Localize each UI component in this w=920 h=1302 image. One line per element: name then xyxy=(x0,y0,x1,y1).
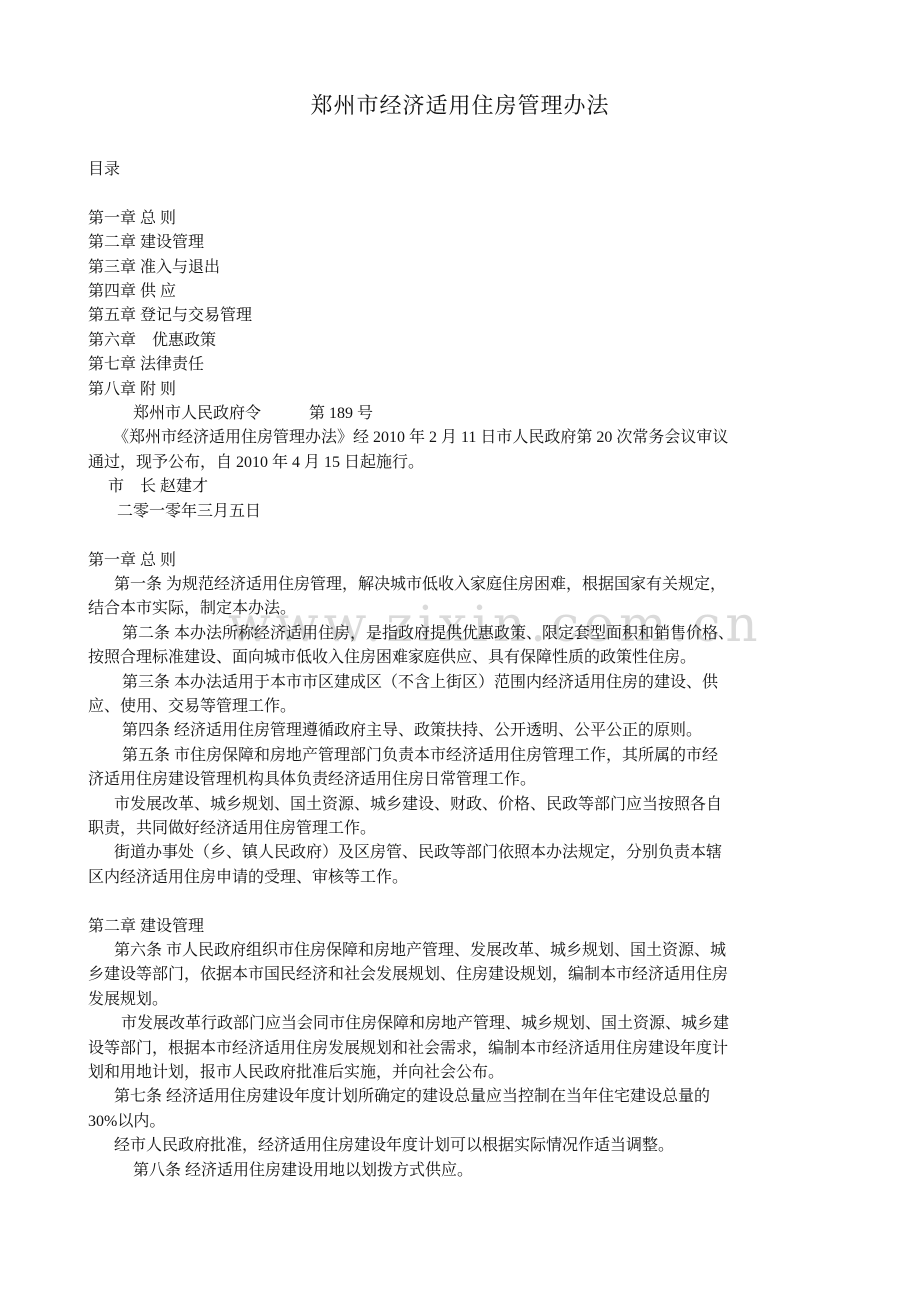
doc-line-body: 经市人民政府批准，经济适用住房建设年度计划可以根据实际情况作适当调整。 xyxy=(88,1134,832,1158)
doc-line-body: 第二条 本办法所称经济适用住房，是指政府提供优惠政策、限定套型面积和销售价格、 xyxy=(88,622,832,646)
doc-line-body: 济适用住房建设管理机构具体负责经济适用住房日常管理工作。 xyxy=(88,768,832,792)
document-title: 郑州市经济适用住房管理办法 xyxy=(88,0,832,124)
doc-line-toc-item: 第四章 供 应 xyxy=(88,280,832,304)
doc-line-blank xyxy=(88,524,832,548)
doc-line-toc-item: 第八章 附 则 xyxy=(88,378,832,402)
doc-line-body: 第一条 为规范经济适用住房管理，解决城市低收入家庭住房困难，根据国家有关规定， xyxy=(88,573,832,597)
doc-line-body: 第八条 经济适用住房建设用地以划拨方式供应。 xyxy=(88,1159,832,1183)
doc-line-body: 发展规划。 xyxy=(88,988,832,1012)
doc-line-meta: 通过，现予公布，自 2010 年 4 月 15 日起施行。 xyxy=(88,451,832,475)
doc-line-body: 第七条 经济适用住房建设年度计划所确定的建设总量应当控制在当年住宅建设总量的 xyxy=(88,1085,832,1109)
doc-line-toc-label: 目录 xyxy=(88,158,832,182)
doc-line-toc-item: 第五章 登记与交易管理 xyxy=(88,304,832,328)
doc-line-body: 乡建设等部门，依据本市国民经济和社会发展规划、住房建设规划，编制本市经济适用住房 xyxy=(88,963,832,987)
doc-line-toc-item: 第二章 建设管理 xyxy=(88,231,832,255)
doc-line-heading: 第一章 总 则 xyxy=(88,549,832,573)
doc-line-body: 第四条 经济适用住房管理遵循政府主导、政策扶持、公开透明、公平公正的原则。 xyxy=(88,719,832,743)
doc-line-meta: 郑州市人民政府令 第 189 号 xyxy=(88,402,832,426)
doc-line-body: 职责，共同做好经济适用住房管理工作。 xyxy=(88,817,832,841)
doc-line-body: 区内经济适用住房申请的受理、审核等工作。 xyxy=(88,866,832,890)
doc-line-body: 30%以内。 xyxy=(88,1110,832,1134)
doc-line-body: 第六条 市人民政府组织市住房保障和房地产管理、发展改革、城乡规划、国土资源、城 xyxy=(88,939,832,963)
document-page: www.zixin.com.cn 郑州市经济适用住房管理办法 目录 第一章 总 … xyxy=(0,0,920,1302)
doc-line-blank xyxy=(88,182,832,206)
doc-line-heading: 第二章 建设管理 xyxy=(88,915,832,939)
doc-line-body: 划和用地计划，报市人民政府批准后实施，并向社会公布。 xyxy=(88,1061,832,1085)
doc-line-meta: 《郑州市经济适用住房管理办法》经 2010 年 2 月 11 日市人民政府第 2… xyxy=(88,426,832,450)
doc-line-meta: 二零一零年三月五日 xyxy=(88,500,832,524)
doc-line-body: 应、使用、交易等管理工作。 xyxy=(88,695,832,719)
doc-line-blank xyxy=(88,890,832,914)
doc-line-body: 按照合理标准建设、面向城市低收入住房困难家庭供应、具有保障性质的政策性住房。 xyxy=(88,646,832,670)
doc-line-toc-item: 第七章 法律责任 xyxy=(88,353,832,377)
doc-line-body: 第三条 本办法适用于本市市区建成区（不含上街区）范围内经济适用住房的建设、供 xyxy=(88,671,832,695)
doc-line-toc-item: 第六章 优惠政策 xyxy=(88,329,832,353)
doc-line-body: 第五条 市住房保障和房地产管理部门负责本市经济适用住房管理工作，其所属的市经 xyxy=(88,744,832,768)
doc-line-toc-item: 第三章 准入与退出 xyxy=(88,256,832,280)
doc-line-meta: 市 长 赵建才 xyxy=(88,475,832,499)
doc-line-body: 街道办事处（乡、镇人民政府）及区房管、民政等部门依照本办法规定，分别负责本辖 xyxy=(88,841,832,865)
doc-line-body: 市发展改革行政部门应当会同市住房保障和房地产管理、城乡规划、国土资源、城乡建 xyxy=(88,1012,832,1036)
doc-line-body: 设等部门，根据本市经济适用住房发展规划和社会需求，编制本市经济适用住房建设年度计 xyxy=(88,1037,832,1061)
doc-line-toc-item: 第一章 总 则 xyxy=(88,207,832,231)
doc-line-body: 市发展改革、城乡规划、国土资源、城乡建设、财政、价格、民政等部门应当按照各自 xyxy=(88,793,832,817)
document-body: 目录 第一章 总 则第二章 建设管理第三章 准入与退出第四章 供 应第五章 登记… xyxy=(88,158,832,1183)
doc-line-body: 结合本市实际，制定本办法。 xyxy=(88,597,832,621)
